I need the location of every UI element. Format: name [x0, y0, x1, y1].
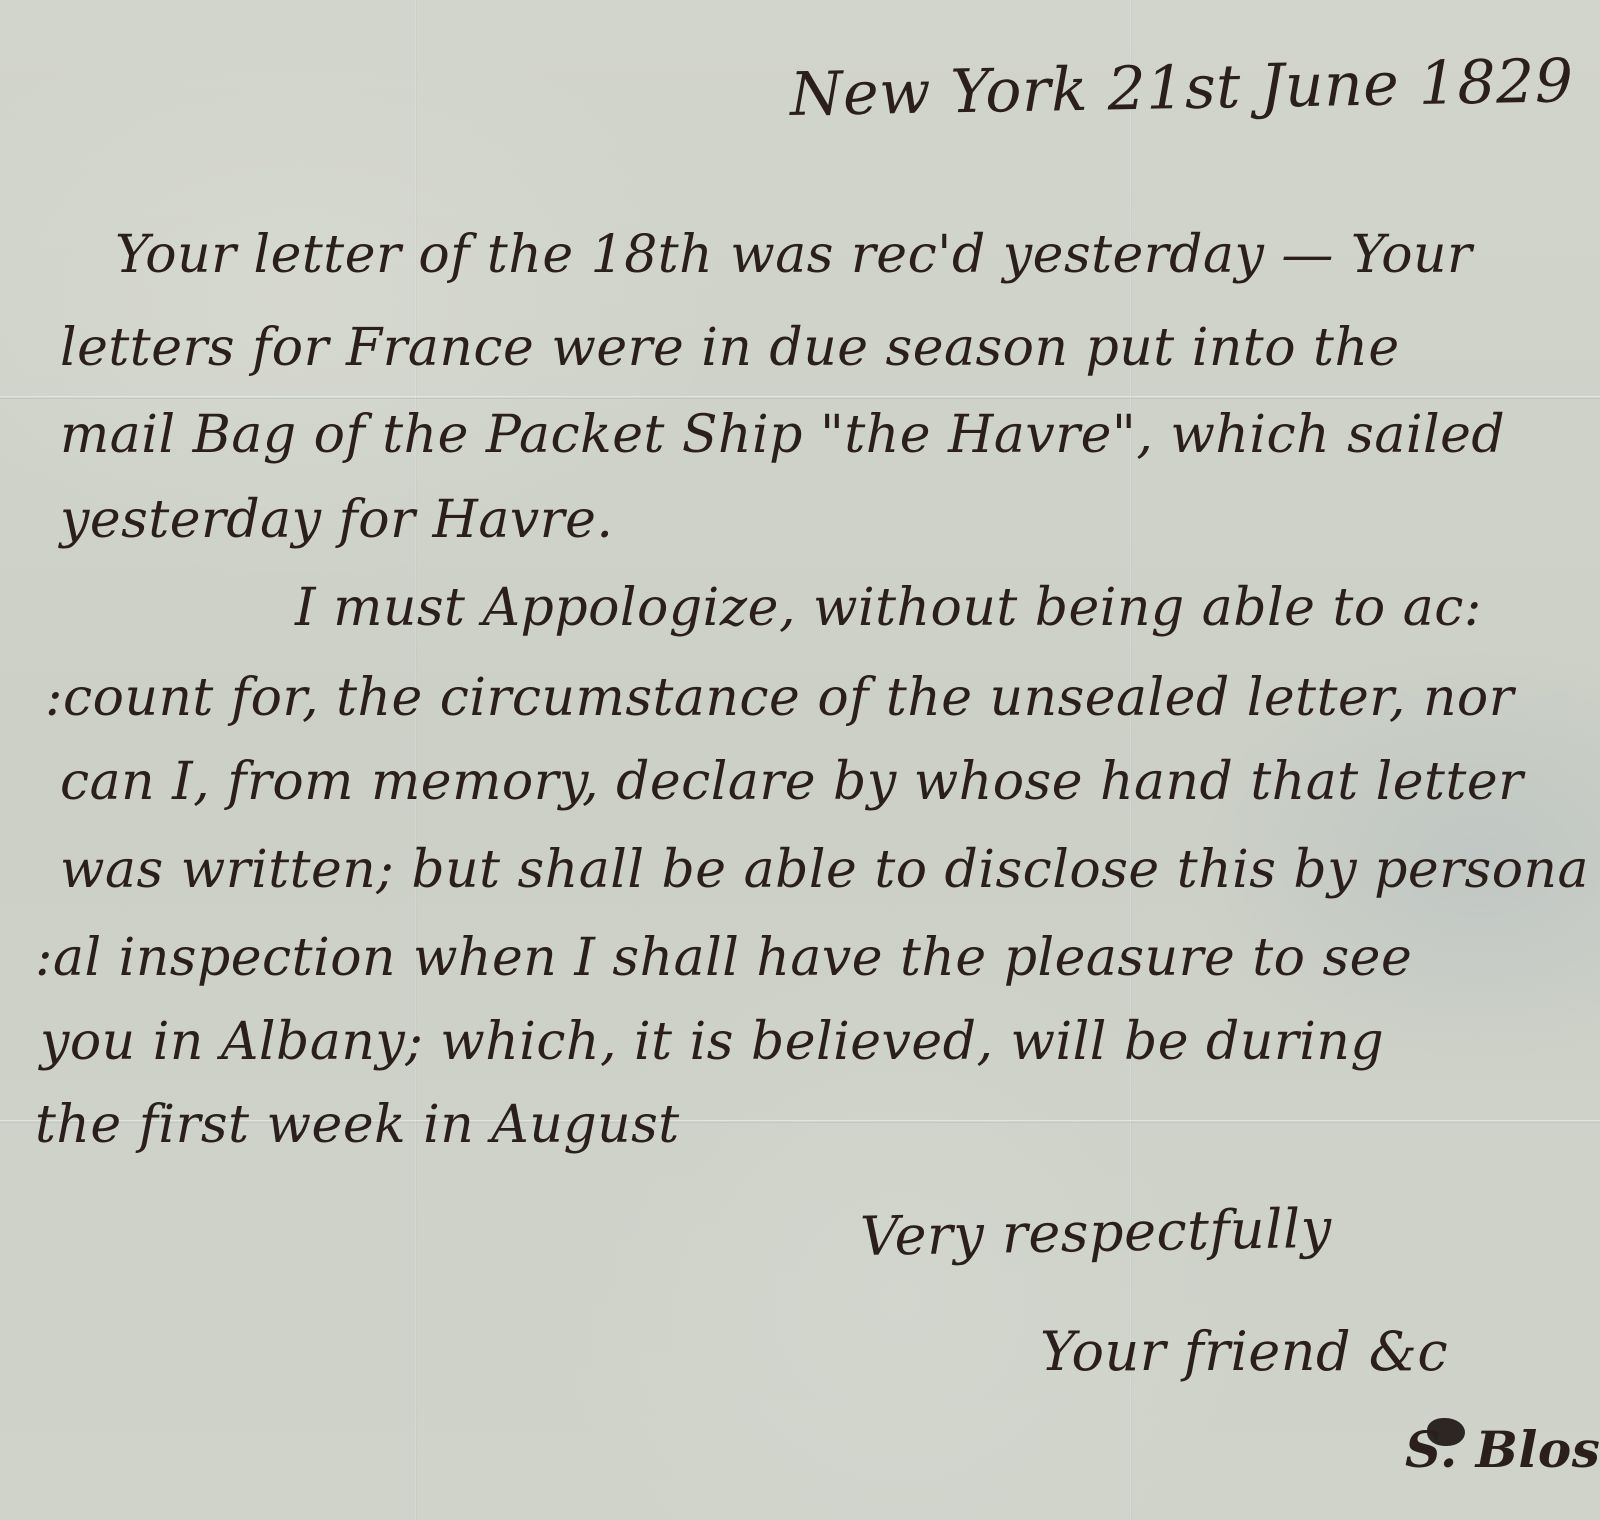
closing: Very respectfully: [859, 1197, 1332, 1268]
letter-line-8: was written; but shall be able to disclo…: [60, 840, 1589, 900]
letter-line-11: the first week in August: [35, 1095, 680, 1155]
sign-off: Your friend &c: [1040, 1320, 1448, 1383]
letter-line-4: yesterday for Havre.: [60, 490, 613, 550]
dateline: New York 21st June 1829: [789, 46, 1574, 130]
fold-crease: [0, 396, 1600, 399]
letter-line-2: letters for France were in due season pu…: [60, 318, 1400, 378]
letter-line-5: I must Appologize, without being able to…: [295, 578, 1482, 638]
letter-line-9: :al inspection when I shall have the ple…: [35, 928, 1412, 988]
letter-line-1: Your letter of the 18th was rec'd yester…: [115, 225, 1472, 285]
signature: S. Bloss: [1405, 1420, 1600, 1479]
letter-line-7: can I, from memory, declare by whose han…: [60, 752, 1523, 812]
letter-line-3: mail Bag of the Packet Ship "the Havre",…: [60, 405, 1505, 465]
letter-line-10: you in Albany; which, it is believed, wi…: [40, 1012, 1384, 1072]
letter-line-6: :count for, the circumstance of the unse…: [45, 668, 1514, 728]
letter-page: New York 21st June 1829 Your letter of t…: [0, 0, 1600, 1520]
